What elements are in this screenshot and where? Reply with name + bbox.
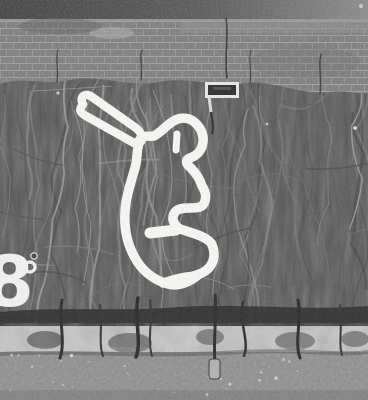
scene-svg: 8 [0, 0, 368, 400]
film-grain [0, 0, 368, 400]
photo: 8 [0, 0, 368, 400]
